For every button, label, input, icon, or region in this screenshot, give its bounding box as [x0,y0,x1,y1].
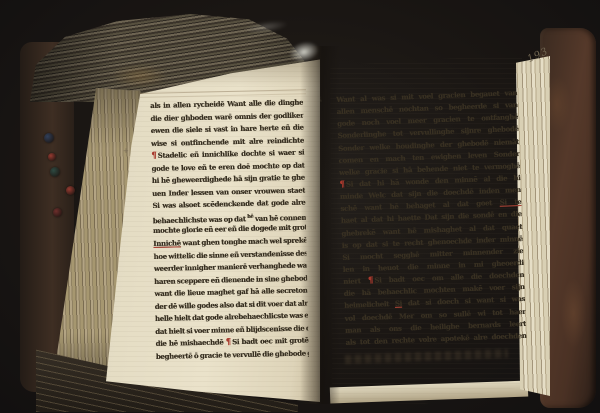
text-segment: der dē wille godes also dat si dit voer … [155,298,308,311]
wax-bookmark-dot [44,133,54,143]
text-segment: weerder innigher manierē verhanghede war… [154,260,307,273]
text-segment: gode te love eñ te eren doē mochte op da… [151,160,304,172]
manuscript-photo: als in allen rycheidē Want alle die ding… [0,0,600,413]
margin-plus-mark: + [123,147,129,155]
text-segment: niert [343,276,368,286]
text-segment: wise si ontfinchende mit alre reindichte [151,135,304,147]
text-segment: haren sceppere eñ dienende in sine ghebo… [154,273,307,286]
text-segment: als in allen rycheidē Want alle die ding… [150,98,303,110]
text-segment: mochte glorie eñ eer eñ die dogede mit g… [153,223,306,236]
text-segment: heimelicheit [344,299,395,310]
wax-bookmark-dot [48,153,56,161]
text-segment: hi hē gheweerdighede hā sijn gratie te g… [152,173,305,185]
wax-bookmark-dot [66,186,75,195]
text-segment: helle hielt dat gode alrebehaechlicste w… [155,311,308,324]
text-segment: ewen die siele si vast in hare herte eñ … [151,123,304,135]
text-segment: Si badt oec mit grotē [232,336,309,347]
text-segment: want ghen tonghe mach wel sprekē [181,235,307,247]
wax-bookmark-dot [53,208,62,217]
text-segment: dat hielt si voer minne eñ blijdscenisse… [155,323,308,336]
page-right-text: Want al was si mit voel gracien begauet … [336,87,527,349]
text-segment: uen Inder lessen van onser vrouwen staet [152,185,305,197]
text-segment: Stadelic eñ innichlike dochte si waer si [158,148,305,160]
text-segment: hoe wittelic die sinne eñ verstandenisse… [153,248,306,261]
text-segment: want die lieue maghet gaf hā alle secret… [154,286,307,298]
text-segment: Si was alsoet scēdenckende dat gode alre [152,198,305,210]
text-segment: begheertē ō gracie te vervullē die ghebo… [156,348,309,361]
text-segment: Innichē [153,238,181,248]
text-segment: die dier ghboden warē omnis der godliker [150,110,303,122]
wax-bookmark-dot [50,167,60,177]
text-segment: Si te [499,197,521,207]
text-segment: die hē mishaechdē [155,338,225,349]
page-left-text: als in allen rycheidē Want alle die ding… [150,97,309,364]
paper-stain [112,64,168,88]
